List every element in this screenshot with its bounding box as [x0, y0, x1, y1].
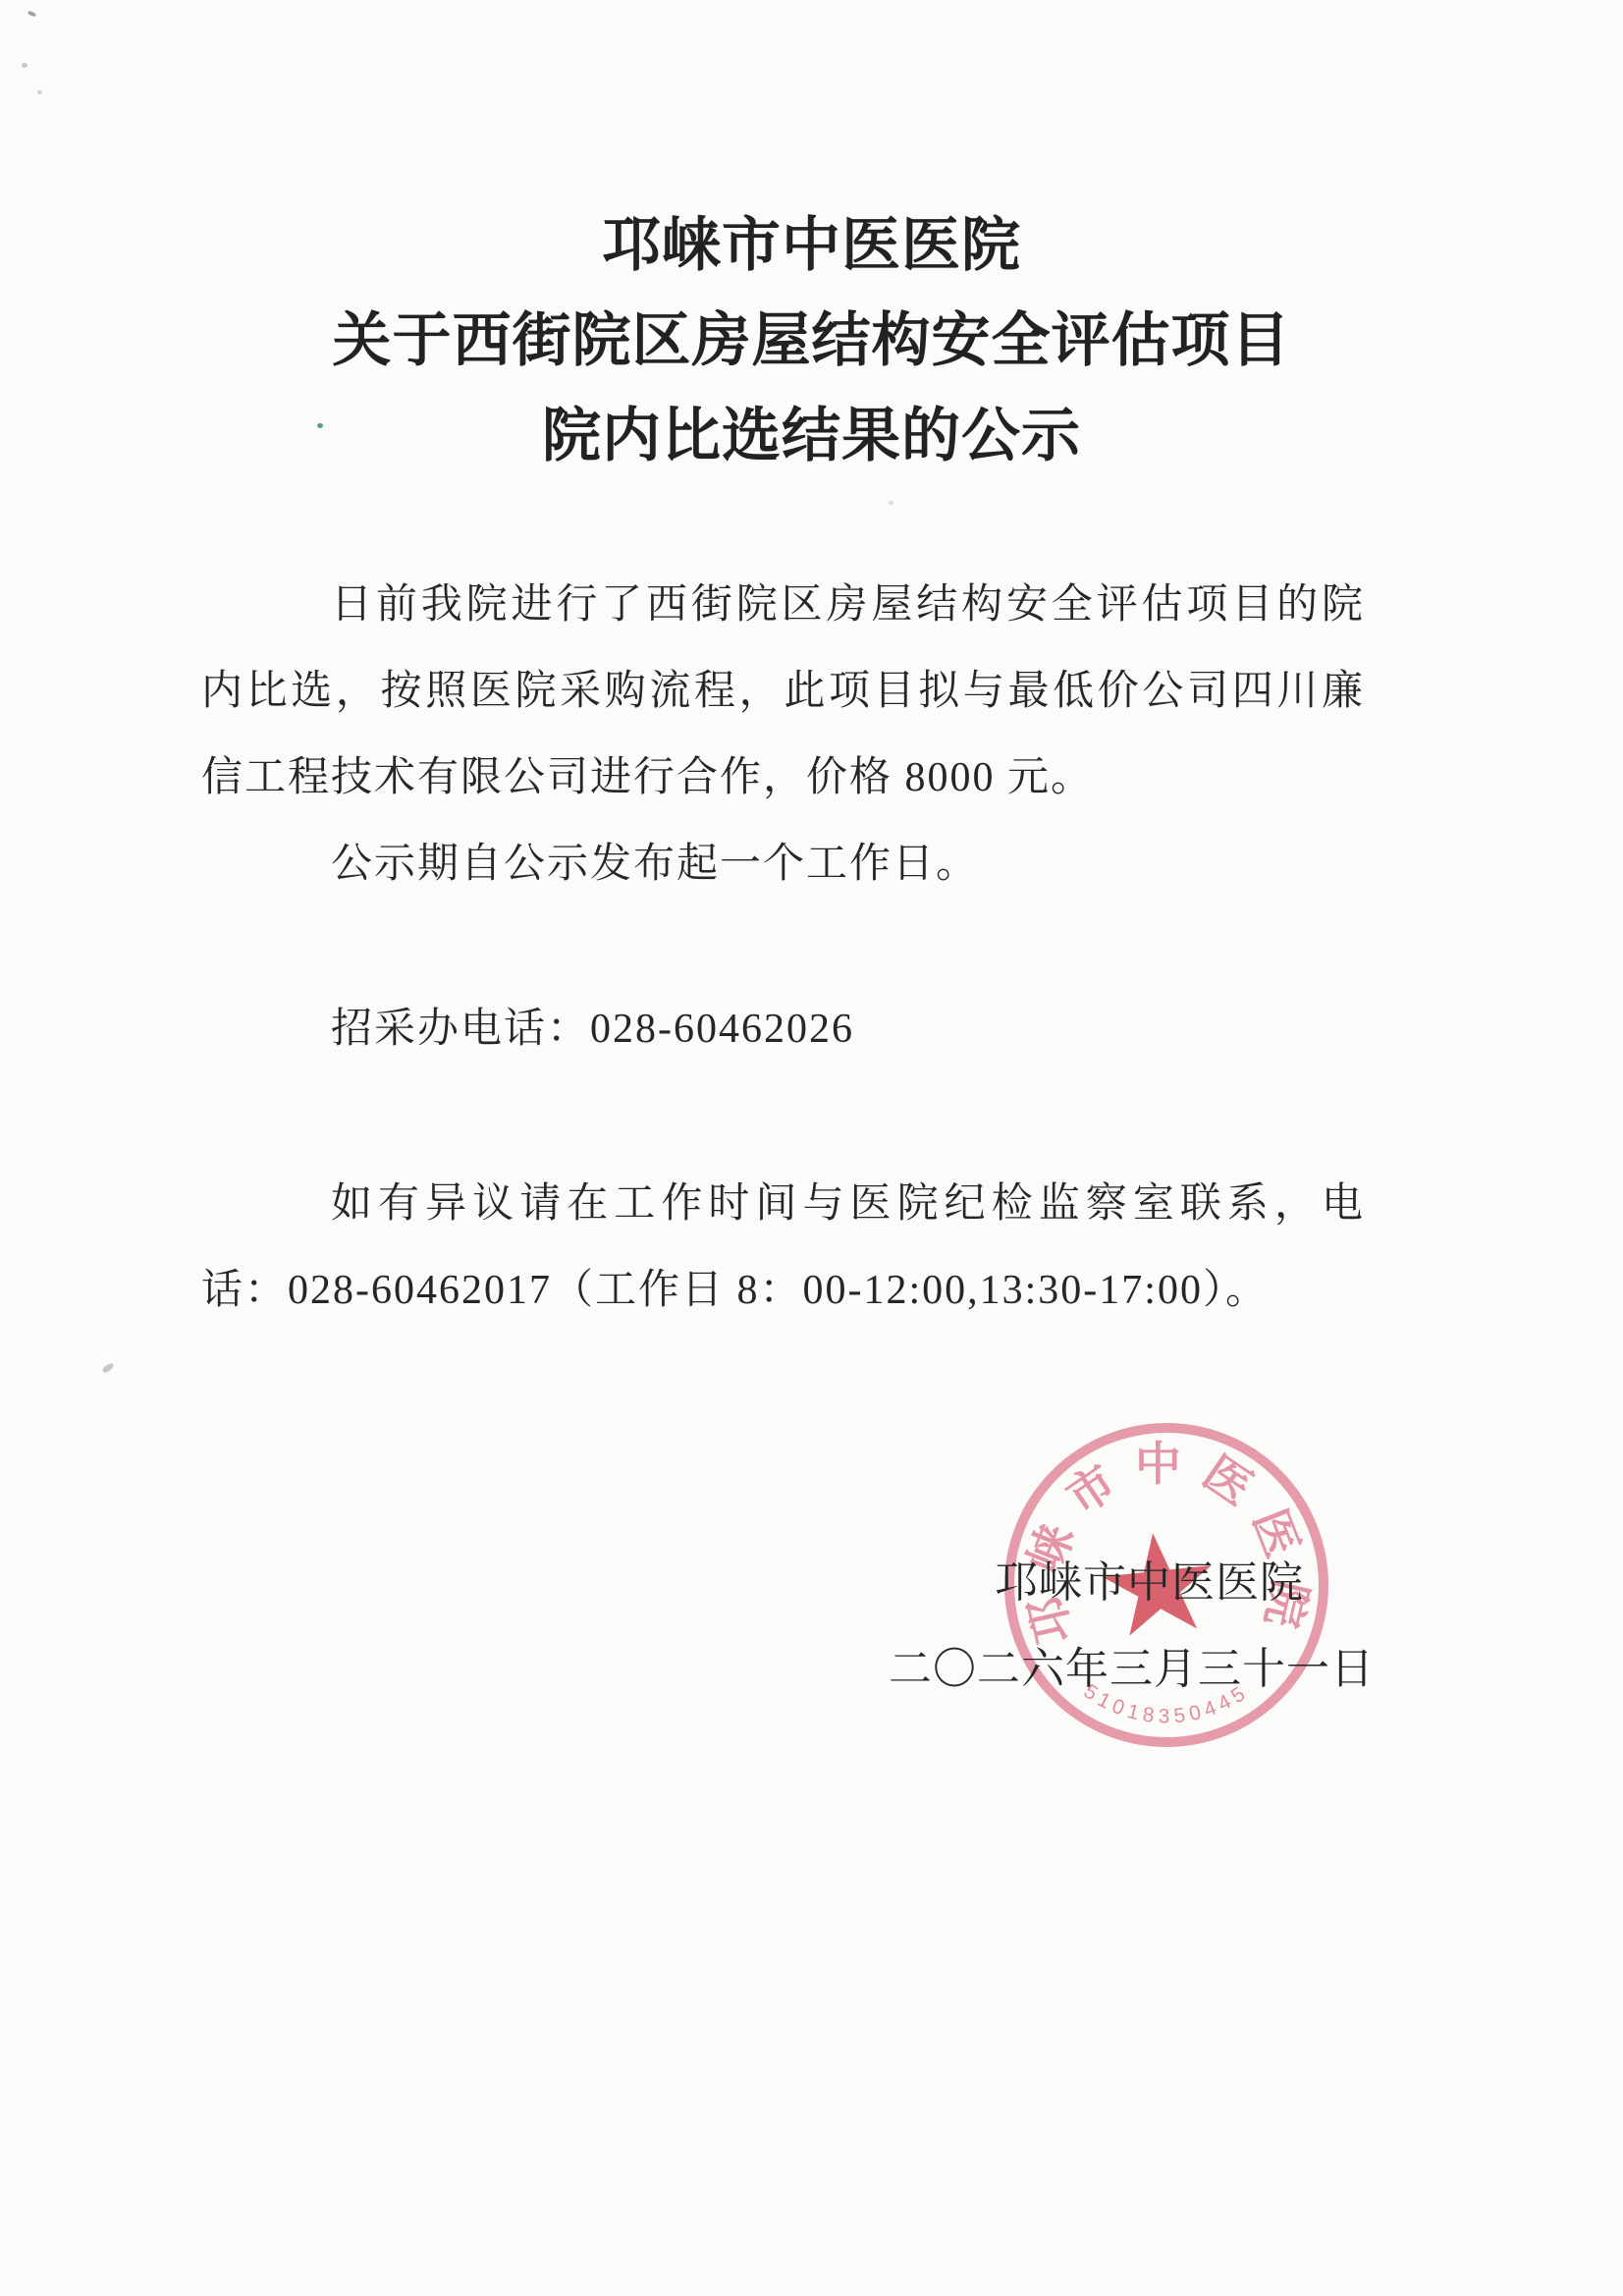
title-line-2: 关于西街院区房屋结构安全评估项目	[0, 294, 1623, 389]
scan-speck	[22, 63, 27, 68]
signature-org-name: 邛崃市中医医院	[889, 1540, 1375, 1626]
scan-speck	[27, 10, 37, 17]
paragraph-publicity-period: 公示期自公示发布起一个工作日。	[201, 821, 1365, 907]
paragraph-procurement-phone: 招采办电话：028-60462026	[201, 986, 1365, 1072]
paragraph-selection-result: 日前我院进行了西街院区房屋结构安全评估项目的院内比选，按照医院采购流程，此项目拟…	[201, 562, 1365, 821]
title-line-3: 院内比选结果的公示	[0, 389, 1623, 484]
signature-block: 邛崃市中医医院 二〇二六年三月三十一日	[889, 1540, 1375, 1713]
signature-date: 二〇二六年三月三十一日	[889, 1626, 1375, 1713]
scan-speck	[37, 90, 42, 94]
title-line-1: 邛崃市中医医院	[0, 198, 1623, 294]
document-title: 邛崃市中医医院 关于西街院区房屋结构安全评估项目 院内比选结果的公示	[0, 198, 1623, 484]
scan-speck	[101, 1362, 114, 1374]
paragraph-objection-contact: 如有异议请在工作时间与医院纪检监察室联系，电话：028-60462017（工作日…	[201, 1161, 1365, 1334]
scanned-notice-page: 邛崃市中医医院 关于西街院区房屋结构安全评估项目 院内比选结果的公示 日前我院进…	[0, 0, 1623, 2296]
scan-speck	[889, 501, 893, 505]
document-body: 日前我院进行了西街院区房屋结构安全评估项目的院内比选，按照医院采购流程，此项目拟…	[201, 562, 1365, 1334]
